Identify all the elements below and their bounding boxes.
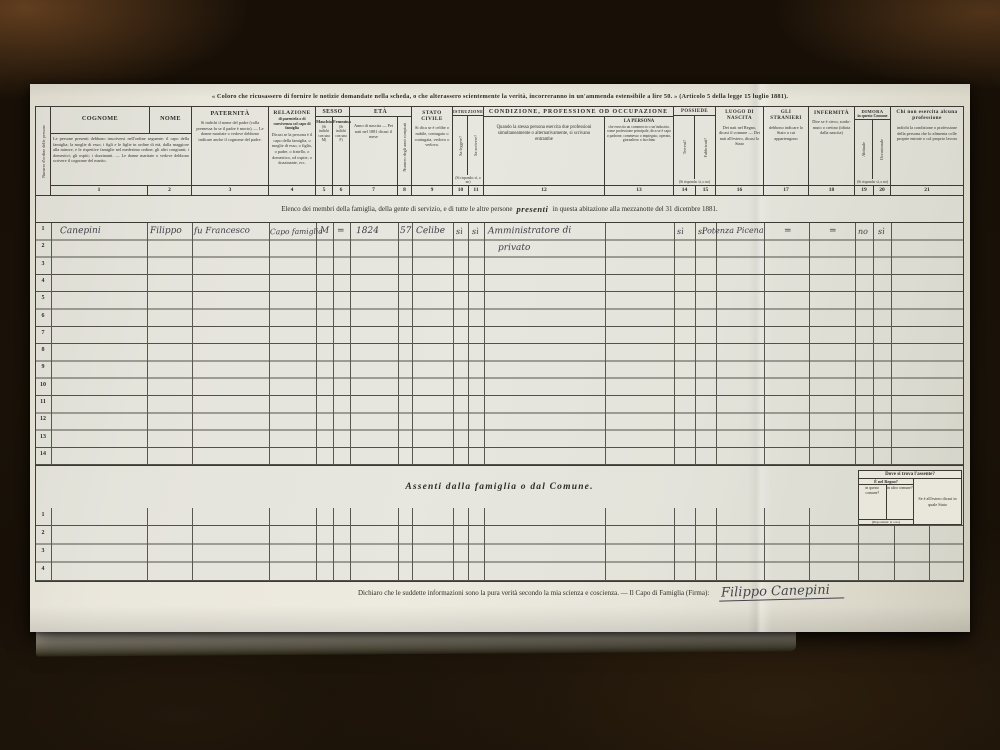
entry-anno-nascita: 1824 xyxy=(356,226,379,236)
column-divider xyxy=(764,223,765,465)
assenti-rows: 1 2 3 4 xyxy=(36,508,963,581)
column-divider xyxy=(695,223,696,465)
col-luogo-nascita: LUOGO DI NASCITA Dei nati nel Regno, dic… xyxy=(716,107,764,195)
col-maschio: Maschio (Si indichi con una M) 5 xyxy=(316,117,333,195)
col-group-dimora: DIMORA in questo Comune Abituale Occasio… xyxy=(855,107,891,195)
col-number: 4 xyxy=(269,185,315,195)
column-divider xyxy=(269,223,270,465)
col-paternita: PATERNITÀ Si indichi il nome del padre (… xyxy=(192,107,269,195)
col-cognome-title: COGNOME xyxy=(51,107,150,133)
column-divider xyxy=(809,223,810,465)
column-divider xyxy=(484,508,485,581)
row-number: 10 xyxy=(36,382,50,388)
condizione-title: CONDIZIONE, PROFESSIONE OD OCCUPAZIONE xyxy=(484,107,673,117)
paternita-instructions: Si indichi il nome del padre (colla prem… xyxy=(192,118,268,185)
col-condizione-13: LA PERSONA che esercita un commercio o u… xyxy=(605,117,673,195)
row-number: 3 xyxy=(36,548,50,554)
entry-sesso-m: M xyxy=(320,226,329,236)
caption-emphasis: presenti xyxy=(517,204,549,214)
stato-civile-title: STATO CIVILE xyxy=(412,107,452,123)
col-sa-leggere: Sa leggere? xyxy=(453,116,468,175)
column-divider xyxy=(873,223,874,465)
column-divider xyxy=(147,508,148,581)
col-number: 6 xyxy=(333,185,349,195)
femmina-note: (Si indichi con una F) xyxy=(333,124,349,144)
infermita-instructions: Dire se è cieco, sordo-muto o cretino (i… xyxy=(809,117,854,185)
column-divider xyxy=(192,223,193,465)
column-divider xyxy=(412,508,413,581)
col-group-condizione: CONDIZIONE, PROFESSIONE OD OCCUPAZIONE Q… xyxy=(484,107,674,195)
entry-condizione-line1: Amministratore di xyxy=(488,226,571,237)
col-number: 9 xyxy=(412,185,452,195)
col-number: 20 xyxy=(874,185,890,195)
sa-scrivere-label: Sa scrivere? xyxy=(473,135,478,156)
column-divider xyxy=(605,223,606,465)
col-number: 11 xyxy=(469,185,483,195)
luogo-nascita-title: LUOGO DI NASCITA xyxy=(716,107,763,123)
col-anno-nascita: Anno di nascita — Pei nati nel 1881 dica… xyxy=(350,117,398,195)
column-divider xyxy=(809,508,810,581)
col-group-istruzione: ISTRUZIONE Sa leggere? Sa scrivere? (Si … xyxy=(453,107,484,195)
questo-comune-label: in questo comune? xyxy=(859,485,887,519)
column-divider xyxy=(333,223,334,465)
column-divider xyxy=(192,508,193,581)
col-stato-civile: STATO CIVILE Si dica se è celibe o nubil… xyxy=(412,107,453,195)
column-divider xyxy=(316,223,317,465)
column-divider xyxy=(398,223,399,465)
col-number: 3 xyxy=(192,185,268,195)
col-group-possiede: POSSIEDE Terreni? Fabbricati? (Si rispon… xyxy=(674,107,716,195)
altro-comune-label: in altro comune? xyxy=(887,485,914,519)
istruzione-title: ISTRUZIONE xyxy=(453,107,483,116)
row-number: 13 xyxy=(36,434,50,440)
col-row-index: Numero d'ordine delle persone xyxy=(36,107,51,195)
col-number: 14 xyxy=(674,185,696,195)
col-relazione-title: RELAZIONE xyxy=(269,107,315,117)
entry-sa-leggere: sì xyxy=(456,227,463,236)
col-relazione-subtitle: di parentela o di convivenza col capo di… xyxy=(269,117,315,130)
row-number: 12 xyxy=(36,416,50,422)
head-of-family-signature: Filippo Canepini xyxy=(719,582,844,601)
row-number: 4 xyxy=(36,566,50,572)
census-table: Numero d'ordine delle persone COGNOME NO… xyxy=(35,106,964,582)
condizione-12-desc: Quando la stessa persona esercita due pr… xyxy=(484,117,604,185)
dimora-title: DIMORA xyxy=(855,107,890,114)
col-relazione: RELAZIONE di parentela o di convivenza c… xyxy=(269,107,316,195)
assenti-heading: Assenti dalla famiglia o dal Comune. xyxy=(36,466,963,492)
column-divider xyxy=(269,508,270,581)
la-persona-title: LA PERSONA xyxy=(605,117,673,124)
column-divider xyxy=(764,508,765,581)
col-fabbricati: Fabbricati? xyxy=(695,116,715,179)
col-number: 10 xyxy=(453,185,469,195)
col-sa-scrivere: Sa scrivere? xyxy=(468,116,483,175)
col-nome-title: NOME xyxy=(150,107,191,133)
col-number: 5 xyxy=(316,185,332,195)
entry-paternita: fu Francesco xyxy=(194,226,250,237)
row-number: 3 xyxy=(36,261,50,267)
row-number: 8 xyxy=(36,347,50,353)
column-divider xyxy=(695,508,696,581)
infermita-title: INFERMITÀ xyxy=(809,107,854,117)
row-number: 14 xyxy=(36,451,50,457)
row-number: 1 xyxy=(36,226,50,232)
column-divider xyxy=(350,223,351,465)
row-number: 1 xyxy=(36,512,50,518)
col-occasionale: Occasionale xyxy=(873,120,890,179)
possiede-title: POSSIEDE xyxy=(674,107,715,116)
row-number: 9 xyxy=(36,364,50,370)
entry-luogo-nascita: Potenza Picena xyxy=(702,226,764,236)
luogo-nascita-instructions: Dei nati nel Regno, dicasi il comune — D… xyxy=(716,123,763,186)
column-divider xyxy=(716,508,717,581)
col-infermita: INFERMITÀ Dire se è cieco, sordo-muto o … xyxy=(809,107,855,195)
column-divider xyxy=(716,223,717,465)
census-sheet: « Coloro che ricusassero di fornire le n… xyxy=(30,84,970,632)
entry-sesso-f: = xyxy=(337,226,345,236)
where-box-title: Dove si trova l'assente? xyxy=(859,471,961,479)
occasionale-label: Occasionale xyxy=(879,139,884,160)
abituale-label: Abituale xyxy=(861,142,866,157)
chi-non-esercita-instructions: indichi la condizione o professione dell… xyxy=(891,123,963,185)
assenti-section-header: Assenti dalla famiglia o dal Comune. xyxy=(36,466,963,508)
caption-prefix: Elenco dei membri della famiglia, della … xyxy=(281,205,512,213)
row-number: 2 xyxy=(36,530,50,536)
col-group-cognome-nome: COGNOME NOME Le persone presenti debbono… xyxy=(51,107,192,195)
row-number: 7 xyxy=(36,330,50,336)
entry-dimora-abituale: no xyxy=(858,227,868,236)
column-divider xyxy=(855,223,856,465)
anni-compiuti-label: Numero degli anni compiuti xyxy=(402,123,407,172)
row-number: 6 xyxy=(36,313,50,319)
istruzione-note: (Si risponda: sì, o no) xyxy=(453,175,483,185)
col-number: 17 xyxy=(764,185,808,195)
anno-nascita-label: Anno di nascita — Pei nati nel 1881 dica… xyxy=(350,117,397,185)
col-group-eta: ETÀ Anno di nascita — Pei nati nel 1881 … xyxy=(350,107,412,195)
row-index-label: Numero d'ordine delle persone xyxy=(41,125,46,178)
chi-non-esercita-title: Chi non esercita alcuna professione xyxy=(891,107,963,123)
col-number: 2 xyxy=(148,185,191,195)
declaration-text: Dichiaro che le suddette informazioni so… xyxy=(358,589,709,597)
column-divider xyxy=(468,508,469,581)
column-divider xyxy=(674,508,675,581)
caption-suffix: in questa abitazione alla mezzanotte del… xyxy=(552,205,717,213)
column-divider xyxy=(350,508,351,581)
col-number: 21 xyxy=(891,185,963,195)
presenti-rows: 1 2 3 4 5 6 7 8 9 10 11 12 13 14 Canepin… xyxy=(36,223,963,466)
entry-dimora-occasionale: sì xyxy=(878,227,885,236)
column-divider xyxy=(147,223,148,465)
maschio-label: Maschio xyxy=(316,117,332,124)
col-chi-non-esercita: Chi non esercita alcuna professione indi… xyxy=(891,107,963,195)
column-divider xyxy=(453,223,454,465)
col-femmina: Femmina (Si indichi con una F) 6 xyxy=(333,117,349,195)
col-group-sesso: SESSO Maschio (Si indichi con una M) 5 F… xyxy=(316,107,350,195)
stranieri-title: GLI STRANIERI xyxy=(764,107,808,123)
fabbricati-label: Fabbricati? xyxy=(703,138,708,157)
column-divider xyxy=(674,223,675,465)
col-condizione-12: Quando la stessa persona esercita due pr… xyxy=(484,117,605,195)
eta-title: ETÀ xyxy=(350,107,411,117)
entry-relazione: Capo famiglia xyxy=(270,227,323,237)
col-stranieri: GLI STRANIERI debbono indicare lo Stato … xyxy=(764,107,809,195)
row-number: 11 xyxy=(36,399,50,405)
col-number: 15 xyxy=(696,185,715,195)
column-divider xyxy=(468,223,469,465)
column-divider xyxy=(484,223,485,465)
table-header: Numero d'ordine delle persone COGNOME NO… xyxy=(36,107,963,196)
entry-stranieri: = xyxy=(784,226,792,236)
entry-cognome: Canepini xyxy=(60,226,101,236)
sa-leggere-label: Sa leggere? xyxy=(458,136,463,156)
entry-anni-compiuti: 57 xyxy=(400,226,412,236)
where-box-regno: È nel Regno? in questo comune? in altro … xyxy=(859,479,914,524)
declaration-line: Dichiaro che le suddette informazioni so… xyxy=(30,584,970,600)
entry-stato-civile: Celibe xyxy=(416,226,445,236)
row-number: 4 xyxy=(36,278,50,284)
column-divider xyxy=(453,508,454,581)
column-divider xyxy=(333,508,334,581)
col-number: 1 xyxy=(51,185,148,195)
col-number: 7 xyxy=(350,185,397,195)
entry-condizione-line2: privato xyxy=(498,243,531,253)
col-anni-compiuti: Numero degli anni compiuti 8 xyxy=(398,117,411,195)
entry-sa-scrivere: sì xyxy=(472,227,479,236)
column-divider xyxy=(891,223,892,465)
estero-label: Se è all'estero dicasi in quale Stato xyxy=(914,479,961,524)
row-number: 2 xyxy=(36,243,50,249)
column-divider xyxy=(51,223,52,465)
where-box-note: (Rispondasi: sì o no) xyxy=(859,519,913,524)
la-persona-desc: che esercita un commercio o un'industria… xyxy=(605,124,673,144)
col-abituale: Abituale xyxy=(855,120,873,179)
presenti-caption: Elenco dei membri della famiglia, della … xyxy=(36,196,963,223)
stranieri-instructions: debbono indicare lo Stato a cui apparten… xyxy=(764,123,808,186)
assente-location-box: Dove si trova l'assente? È nel Regno? in… xyxy=(858,470,962,525)
terreni-label: Terreni? xyxy=(682,140,687,154)
col-paternita-title: PATERNITÀ xyxy=(192,107,268,118)
stato-civile-instructions: Si dica se è celibe o nubile, coniugato … xyxy=(412,123,452,185)
column-divider xyxy=(51,508,52,581)
column-divider xyxy=(316,508,317,581)
cognome-nome-instructions: Le persone presenti debbono inscriversi … xyxy=(51,134,191,185)
entry-nome: Filippo xyxy=(150,226,182,236)
col-number: 19 xyxy=(855,185,874,195)
femmina-label: Femmina xyxy=(333,117,349,124)
col-number: 13 xyxy=(605,185,673,195)
col-terreni: Terreni? xyxy=(674,116,695,179)
relazione-instructions: Dicasi se la persona è il capo della fam… xyxy=(269,130,315,185)
sesso-title: SESSO xyxy=(316,107,349,117)
col-number: 16 xyxy=(716,185,763,195)
col-number: 12 xyxy=(484,185,604,195)
column-divider xyxy=(412,223,413,465)
legal-notice: « Coloro che ricusassero di fornire le n… xyxy=(30,93,970,100)
entry-possiede-terreni: sì xyxy=(677,227,684,236)
entry-infermita: = xyxy=(829,226,837,236)
col-number: 8 xyxy=(398,185,411,195)
column-divider xyxy=(398,508,399,581)
row-number: 5 xyxy=(36,295,50,301)
column-divider xyxy=(605,508,606,581)
col-number: 18 xyxy=(809,185,854,195)
maschio-note: (Si indichi con una M) xyxy=(316,124,332,144)
